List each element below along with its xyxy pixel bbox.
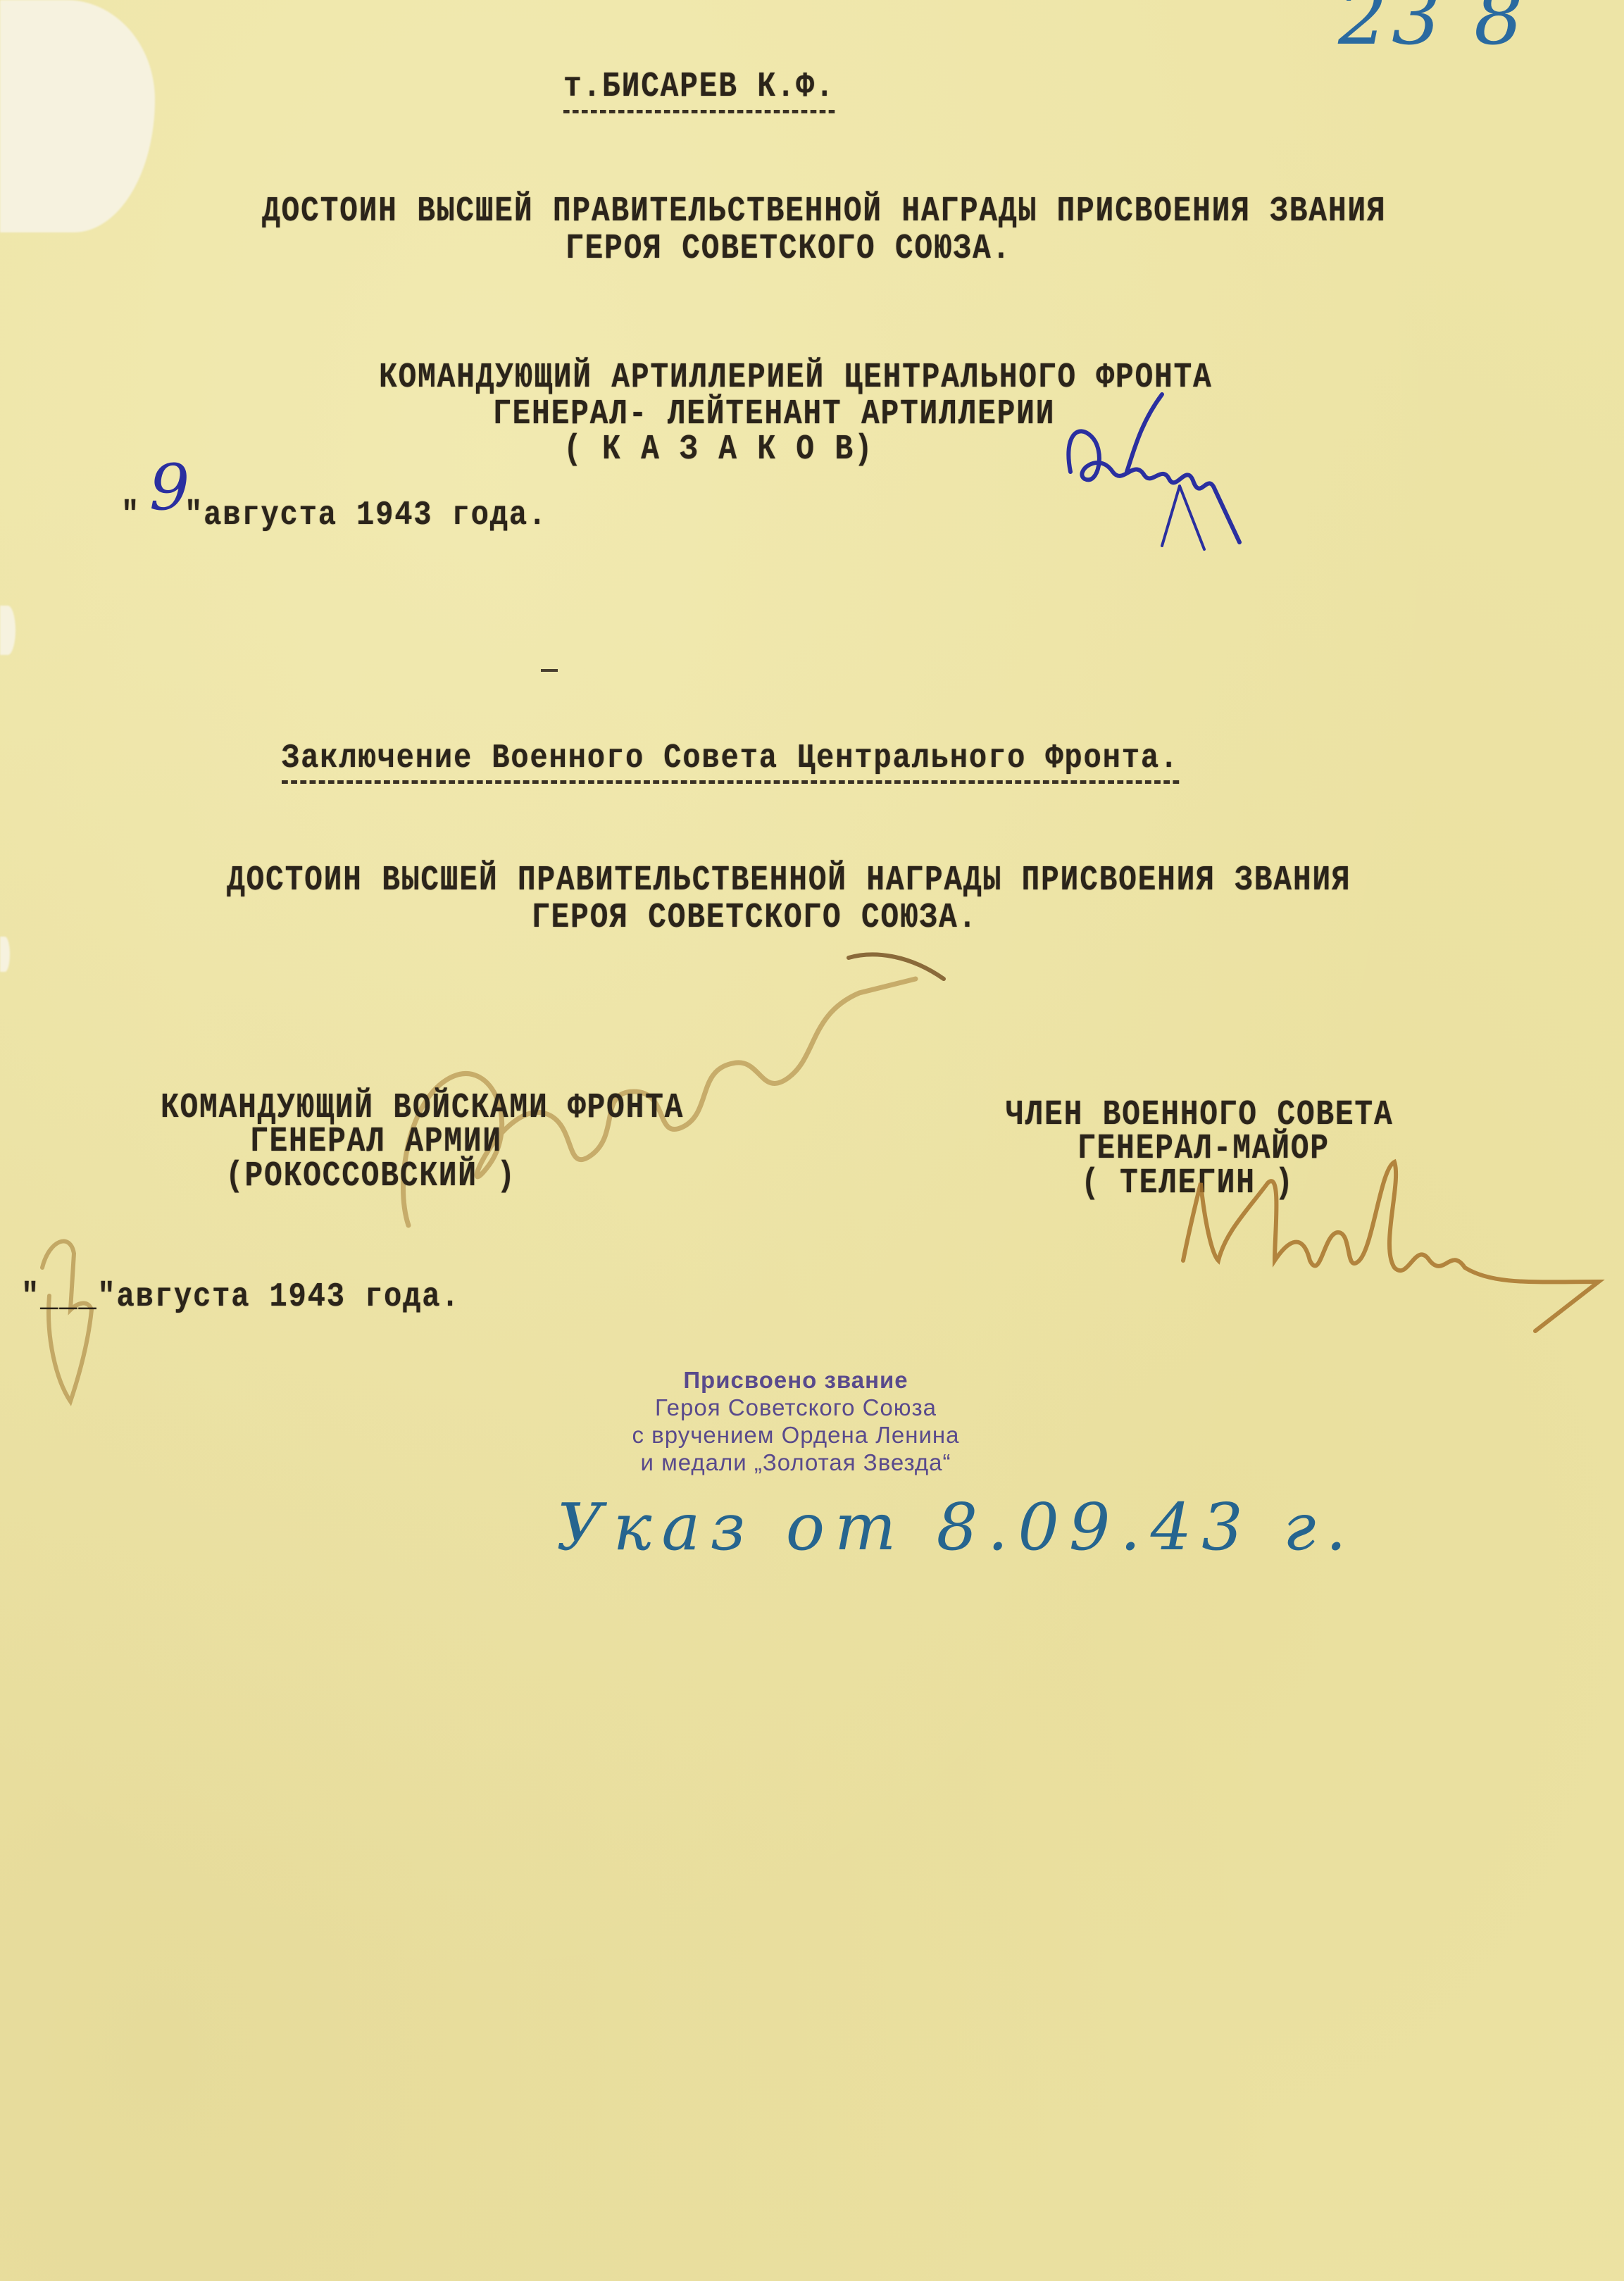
section1-date-quote: " bbox=[121, 496, 140, 535]
section1-signer-title-line1: КОМАНДУЮЩИЙ АРТИЛЛЕРИЕЙ ЦЕНТРАЛЬНОГО ФРО… bbox=[379, 358, 1213, 398]
stamp-line3: с вручением Ордена Ленина bbox=[570, 1421, 1021, 1449]
section1-signer-name: ( К А З А К О В) bbox=[563, 430, 873, 470]
section1-verdict-line1: ДОСТОИН ВЫСШЕЙ ПРАВИТЕЛЬСТВЕННОЙ НАГРАДЫ… bbox=[262, 192, 1386, 232]
paper-tear-top-left bbox=[0, 0, 155, 232]
left-signer-name: (РОКОССОВСКИЙ ) bbox=[225, 1156, 516, 1196]
archive-number-mark: 23 8 bbox=[1338, 0, 1528, 62]
section2-date: "___"августа 1943 года. bbox=[21, 1278, 460, 1316]
margin-pencil-mark bbox=[28, 1225, 106, 1416]
section1-date-rest: "августа 1943 года. bbox=[185, 496, 547, 535]
paper-tear-left-edge bbox=[0, 606, 15, 655]
stamp-line1: Присвоено звание bbox=[570, 1366, 1021, 1394]
section1-signer-title-line2: ГЕНЕРАЛ- ЛЕЙТЕНАНТ АРТИЛЛЕРИИ bbox=[493, 394, 1055, 435]
telegin-signature bbox=[1169, 1155, 1620, 1338]
kazakov-signature bbox=[1056, 394, 1282, 556]
divider-dash bbox=[541, 669, 558, 672]
stamp-line2: Героя Советского Союза bbox=[570, 1394, 1021, 1421]
decree-note-handwritten: Указ от 8.09.43 г. bbox=[556, 1489, 1356, 1565]
section2-heading: Заключение Военного Совета Центрального … bbox=[282, 739, 1179, 784]
section1-date-day-handwritten: 9 bbox=[149, 451, 189, 525]
paper-tear-left-edge-lower bbox=[0, 937, 10, 972]
section1-verdict-line2: ГЕРОЯ СОВЕТСКОГО СОЮЗА. bbox=[566, 229, 1011, 269]
stamp-line4: и медали „Золотая Звезда“ bbox=[570, 1449, 1021, 1476]
section2-verdict-line1: ДОСТОИН ВЫСШЕЙ ПРАВИТЕЛЬСТВЕННОЙ НАГРАДЫ… bbox=[227, 861, 1351, 901]
award-stamp: Присвоено звание Героя Советского Союза … bbox=[570, 1366, 1021, 1476]
recipient-name: т.БИСАРЕВ К.Ф. bbox=[563, 67, 835, 113]
section2-verdict-line2: ГЕРОЯ СОВЕТСКОГО СОЮЗА. bbox=[532, 898, 977, 938]
